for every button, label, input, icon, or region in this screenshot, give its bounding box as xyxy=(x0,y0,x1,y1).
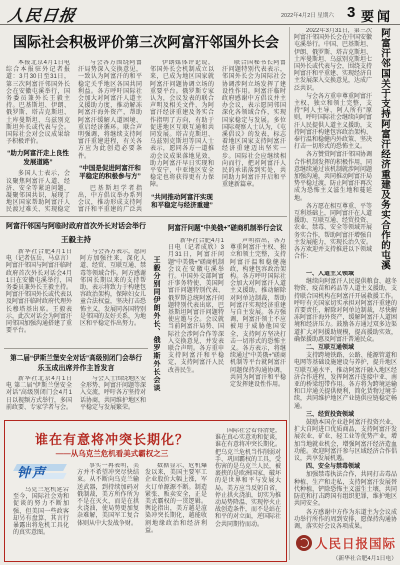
zhongsheng-logo-text: 钟声 xyxy=(17,462,47,481)
islamabad-subhead: 乐玉成出席并作主旨发言 xyxy=(4,363,148,373)
tunxi-paragraph: 各方感谢中方作为东道主为会议成功举行所作的周到安排，愿保持沟通协调，落实好会议各… xyxy=(294,510,397,532)
zhongsheng-column-4: 国际社会看得清楚，谁在真心实意劝和促谈，谁在有意将冲突长期化。把乌克兰危机当作削… xyxy=(215,428,281,555)
islamabad-paragraph: 新华社北京4月1日电 第二届“伊斯兰堡安全对话”高级别闭门会4月1日以视频方式举… xyxy=(6,376,72,412)
lead-paragraph: 与会各方围绕阿富汗局势深入交换意见，一致认为阿富汗的和平稳定关乎地区各国共同利益… xyxy=(78,60,142,161)
lead-paragraph: 伊朗媒体评论说，邻国外长会机制成立以来，已成为地区国家就阿富汗问题协调立场的重要… xyxy=(150,60,214,190)
zhongsheng-paragraph: 事实一再表明，美方并不希望冲突尽快结束。从不断向乌克兰输送武器，到持续加码对俄制… xyxy=(77,463,139,528)
tunxi-body: 一、人道主义领域 继续向阿富汗人民提供粮食、越冬物资、疫苗和药品等人道主义援助，… xyxy=(294,271,397,549)
tunxi-section-title-2: 二、互联互通领域 xyxy=(294,345,397,352)
lead-paragraph: 联合国秘书长阿富汗问题特别代表表示，邻国外长会为国际社会协调涉阿立场发挥了建设性… xyxy=(222,60,286,190)
tunxi-paragraph: 与会各方重申尊重阿富汗主权、独立和领土完整，支持“阿人主导、阿人所有”原则，呼吁… xyxy=(294,94,372,152)
tunxi-intro: 2022年3月31日，第三次阿富汗邻国外长会在中国安徽屯溪举行。中国、巴基斯坦、… xyxy=(294,28,372,267)
lead-column-1: 本报北京4月1日电 综合本报驻外记者报道：3月30日至31日，第三次阿富汗邻国外… xyxy=(6,60,70,212)
issue-date: 2022年4月2日 星期六 xyxy=(281,11,334,19)
tunxi-paragraph: 支持跨境铁路、公路、能源管道和电网等基础设施建设与养护，提升地区互联互通水平，推… xyxy=(294,353,397,411)
masthead-logo: 人民日报 xyxy=(6,3,77,26)
side-vertical-headline: 王毅分别同伊朗外长、俄罗斯外长会谈 xyxy=(149,256,164,396)
watermark: 人民日报国际 xyxy=(296,534,396,552)
zhongsheng-subtitle: ——从乌克兰危机看美式霸权之三 xyxy=(13,448,211,459)
tunxi-section-title-1: 一、人道主义领域 xyxy=(294,271,397,278)
dialogue-headline: 阿富汗邻国与阿临时政府首次外长对话会举行 xyxy=(6,221,146,231)
dialogue-paragraph: 新华社合肥4月1日电（记者伍岳、马卓言）阿富汗邻国与阿富汗临时政府首次外长对话会… xyxy=(6,249,72,335)
newspaper-page: 人民日报 2022年4月2日 星期六 3 要闻 国际社会积极评价第三次阿富汗邻国… xyxy=(0,0,400,565)
zhongsheng-headline: 谁在有意将冲突长期化？ xyxy=(13,429,211,448)
section-title: 要闻 xyxy=(361,6,393,25)
islamabad-paragraph: 与会人士围绕地区安全形势、阿富汗问题等深入交流，呼吁各方坚持对话协商，共同维护地… xyxy=(80,376,146,412)
page-number: 3 xyxy=(347,4,355,21)
tunxi-paragraph: 各方赞赏阿富汗邻国协调合作机制发挥的积极作用，同意继续通过该机制就涉阿问题加强沟… xyxy=(294,152,372,202)
lead-paragraph: 多国人士表示，会议聚焦阿富汗人道、经济、安全等紧迫问题，凝聚邻国共识，展现了地区… xyxy=(6,171,70,212)
globe-logo-icon xyxy=(296,535,312,551)
lead-column-3: 伊朗媒体评论说，邻国外长会机制成立以来，已成为地区国家就阿富汗问题协调立场的重要… xyxy=(150,60,214,212)
zhongsheng-paragraph: 数据显示，危机爆发以来，美国主要军工企业股价大幅上涨，军火订单源源不断。制造紧张… xyxy=(145,463,207,535)
islamabad-headline: 第二届“伊斯兰堡安全对话”高级别闭门会举行 xyxy=(4,352,148,362)
tunxi-section-title-4: 四、安全与禁毒领域 xyxy=(294,464,397,471)
lead-headline: 国际社会积极评价第三次阿富汗邻国外长会 xyxy=(5,34,287,51)
zhongsheng-column-2: 事实一再表明，美方并不希望冲突尽快结束。从不断向乌克兰输送武器，到持续加码对俄制… xyxy=(77,463,139,555)
lead-article-body: 本报北京4月1日电 综合本报驻外记者报道：3月30日至31日，第三次阿富汗邻国外… xyxy=(6,60,287,212)
dialogue-subhead: 王毅主持 xyxy=(6,234,146,245)
lead-paragraph: 本报北京4月1日电 综合本报驻外记者报道：3月30日至31日，第三次阿富汗邻国外… xyxy=(6,60,70,146)
tunxi-paragraph: 继续向阿富汗人民提供粮食、越冬物资、疫苗和药品等人道主义援助，支持联合国机构在阿… xyxy=(294,279,397,344)
header-rule xyxy=(0,24,400,25)
tunxi-section-title-3: 三、经贸投资领域 xyxy=(294,412,397,419)
lead-column-2: 与会各方围绕阿富汗局势深入交换意见，一致认为阿富汗的和平稳定关乎地区各国共同利益… xyxy=(78,60,142,212)
lead-column-4: 联合国秘书长阿富汗问题特别代表表示，邻国外长会为国际社会协调涉阿立场发挥了建设性… xyxy=(222,60,286,212)
tunxi-vertical-headline: 阿富汗邻国关于支持阿富汗经济重建及务实合作的屯溪倡议 xyxy=(373,28,396,272)
tunxi-paragraph: 各方愿在相互尊重、平等互利基础上，同阿富汗在人道援助、互联互通、经贸投资、农业、… xyxy=(294,204,372,262)
islamabad-body: 新华社北京4月1日电 第二届“伊斯兰堡安全对话”高级别闭门会4月1日以视频方式举… xyxy=(6,376,146,416)
main-vertical-rule xyxy=(289,27,290,560)
lead-subhead-2: “中国是促进阿富汗和平稳定的积极参与方” xyxy=(79,165,141,182)
zhongsheng-column-1: 乌克兰危机延宕至今，国际社会劝和促谈的努力不断加强，但美国一些政客却另有盘算，其… xyxy=(13,487,69,553)
mechanism-body: 新华社合肥4月1日电（记者成欣）3月31日，阿富汗问题“中美俄+”磋商机制会议在… xyxy=(168,238,286,416)
mid-rule-top xyxy=(0,216,287,217)
dialogue-body: 新华社合肥4月1日电（记者伍岳、马卓言）阿富汗邻国与阿富汗临时政府首次外长对话会… xyxy=(6,249,146,344)
dialogue-paragraph: 与会各方表示，愿同阿方加强往来，深化人道、经贸、互联互通、禁毒等领域合作。阿方感… xyxy=(80,249,146,328)
zhongsheng-column-3: 数据显示，危机爆发以来，美国主要军工企业股价大幅上涨，军火订单源源不断。制造紧张… xyxy=(145,463,207,555)
tunxi-paragraph: 鼓励本国企业赴阿富汗投资兴业，扩大自阿进口优质商品，支持阿富汗发展农业、矿业、轻… xyxy=(294,420,397,463)
watermark-text: 人民日报国际 xyxy=(315,534,396,552)
mechanism-headline: 阿富汗问题“中美俄+”磋商机制举行会议 xyxy=(168,223,278,233)
tunxi-paragraph: 加强禁毒执法合作，共同打击毒品种植、生产和走私，支持阿富汗发展替代种植，铲除恐怖… xyxy=(294,472,397,508)
mechanism-paragraph: 声明指出，各方尊重阿富汗主权、独立和领土完整，支持阿富汗温和稳健施政，构建包容政… xyxy=(230,238,286,389)
tunxi-paragraph: 2022年3月31日，第三次阿富汗邻国外长会在中国安徽屯溪举行。中国、巴基斯坦、… xyxy=(294,28,372,93)
zhongsheng-paragraph: 乌克兰危机延宕至今，国际社会劝和促谈的努力不断加强，但美国一些政客却另有盘算，其… xyxy=(13,487,69,537)
mid-rule-islamabad xyxy=(4,348,148,349)
zhongsheng-paragraph: 国际社会看得清楚，谁在真心实意劝和促谈，谁在有意将冲突长期化。把乌克兰危机当作削… xyxy=(215,428,281,529)
lead-subhead-1: “助力阿富汗走上良性发展道路” xyxy=(7,150,69,167)
tunxi-credit: （新华社合肥4月1日电） xyxy=(294,553,397,562)
zhongsheng-box: 谁在有意将冲突长期化？ ——从乌克兰危机看美式霸权之三 钟声 乌克兰危机延宕至今… xyxy=(4,420,287,562)
zhongsheng-logo: 钟声 xyxy=(13,461,71,483)
mechanism-paragraph: 新华社合肥4月1日电（记者成欣）3月31日，阿富汗问题“中美俄+”磋商机制会议在… xyxy=(168,238,224,375)
lead-paragraph: 巴基斯坦学者指出，中方倡议举办系列会议，推动形成支持阿富汗和平重建的广泛共识，体… xyxy=(78,186,142,212)
lead-subhead-3: “共同推动阿富汗实现和平稳定与经济重建” xyxy=(151,194,213,211)
